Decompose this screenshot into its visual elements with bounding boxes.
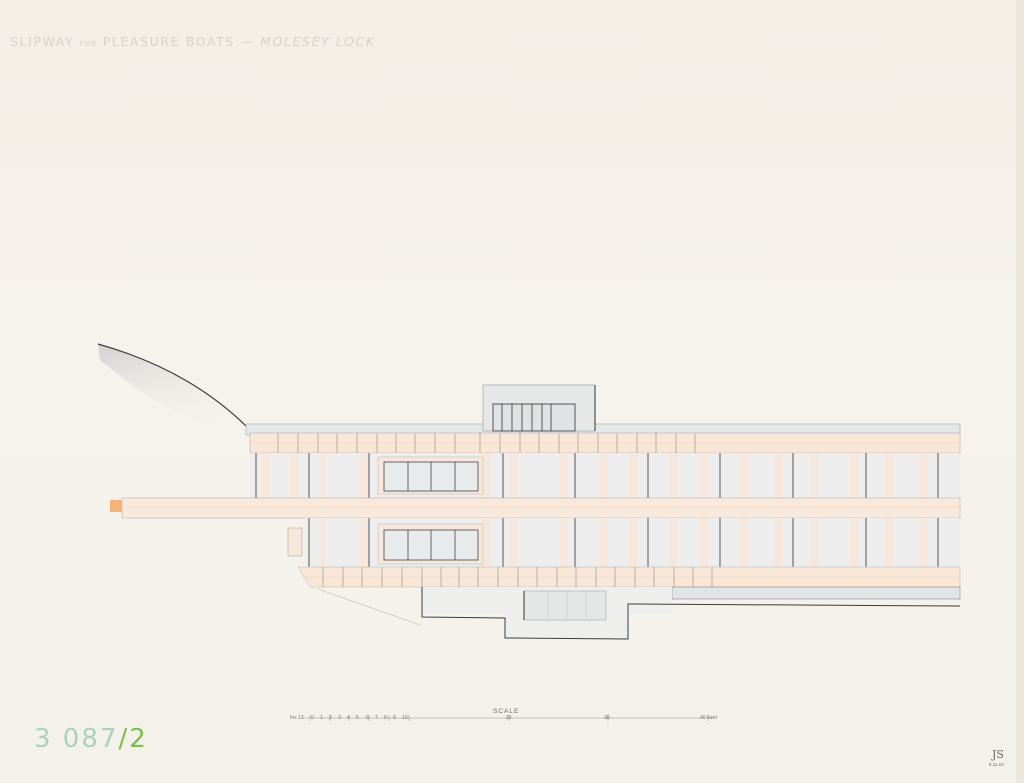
bollard-block: [288, 528, 302, 556]
scale-tick-1: 1: [320, 715, 323, 721]
bottom-coping-blocks: [298, 567, 960, 587]
scale-tick-7: 7: [375, 715, 378, 721]
scale-tick-3: 3: [338, 715, 341, 721]
scale-title: SCALE: [493, 708, 519, 715]
scale-tick-4: 4: [347, 715, 350, 721]
bottom-coping: [672, 587, 960, 599]
scale-tick-2: 2: [329, 715, 332, 721]
scale-tick-30: 30: [604, 715, 610, 721]
scale-tick-40: 40 Feet: [700, 715, 717, 721]
bottom-bay-row: [288, 518, 960, 570]
scale-tick-10: 10: [402, 715, 408, 721]
signature-monogram: JS: [992, 748, 1004, 761]
curved-wing-wall: [98, 344, 248, 440]
scale-tick-8: 8: [384, 715, 387, 721]
reference-suffix: /2: [118, 724, 147, 754]
signature-date: 8.11.10: [989, 762, 1004, 767]
scale-tick-5: 5: [356, 715, 359, 721]
top-stair-housing: [483, 385, 595, 431]
central-slipway-spine: [110, 498, 960, 518]
reference-number: 3 087/2: [34, 724, 148, 754]
slipway-plan: [0, 0, 1024, 783]
top-coping-blocks: [250, 433, 960, 453]
scale-tick-20: 20: [506, 715, 512, 721]
reference-main: 3 087: [34, 724, 118, 754]
scale-tick-6: 6: [366, 715, 369, 721]
scale-inches-label: Ins 12: [290, 715, 304, 721]
top-bay-row: [250, 453, 960, 498]
scale-tick-9: 9: [393, 715, 396, 721]
orange-marker: [110, 500, 122, 512]
scale-tick-0: 0: [311, 715, 314, 721]
